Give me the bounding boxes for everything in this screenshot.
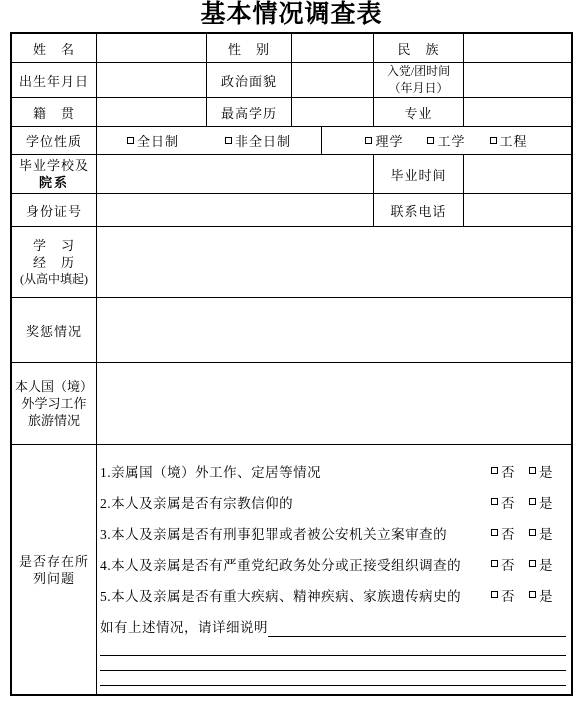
question-3-no-checkbox[interactable]: 否 [491, 523, 515, 543]
party-join-time-label-line1: 入党/团时间 [387, 63, 450, 80]
fulltime-checkbox[interactable]: 全日制 [127, 131, 179, 150]
native-place-input-cell[interactable] [97, 98, 207, 126]
question-4-text: 4.本人及亲属是否有严重党纪政务处分或正接受组织调查的 [100, 554, 491, 574]
question-5-yes-checkbox[interactable]: 是 [529, 585, 553, 605]
study-history-label-line1: 学 习 [33, 237, 75, 254]
graduation-time-label: 毕业时间 [374, 155, 464, 193]
political-status-input-cell[interactable] [292, 63, 374, 97]
question-1-yes-checkbox[interactable]: 是 [529, 461, 553, 481]
question-2-answers: 否 是 [491, 492, 553, 512]
question-3-text: 3.本人及亲属是否有刑事犯罪或者被公安机关立案审查的 [100, 523, 491, 543]
no-label: 否 [501, 461, 515, 481]
major-label: 专业 [374, 98, 464, 126]
checkbox-square-icon[interactable] [529, 591, 536, 598]
detail-note-input-line[interactable] [268, 617, 566, 637]
question-5-no-checkbox[interactable]: 否 [491, 585, 515, 605]
id-number-input-cell[interactable] [97, 194, 374, 226]
row-basic-3: 籍 贯 最高学历 专业 [12, 98, 571, 127]
row-school: 毕业学校及 院系 毕业时间 [12, 155, 571, 194]
yes-label: 是 [539, 554, 553, 574]
parttime-checkbox[interactable]: 非全日制 [225, 131, 291, 150]
question-1-text: 1.亲属国（境）外工作、定居等情况 [100, 461, 491, 481]
detail-input-line-3[interactable] [100, 671, 566, 686]
question-row-5: 5.本人及亲属是否有重大疾病、精神疾病、家族遗传病史的 否 是 [100, 579, 571, 610]
party-join-time-label-line2: （年月日） [388, 80, 448, 97]
degree-mode-options-cell: 全日制 非全日制 [97, 127, 322, 154]
row-degree-type: 学位性质 全日制 非全日制 理学 工学 [12, 127, 571, 155]
row-id-phone: 身份证号 联系电话 [12, 194, 571, 227]
name-input-cell[interactable] [97, 34, 207, 62]
school-faculty-label: 毕业学校及 院系 [12, 155, 97, 193]
degree-type-label: 学位性质 [12, 127, 97, 154]
checkbox-square-icon[interactable] [491, 560, 498, 567]
question-1-no-checkbox[interactable]: 否 [491, 461, 515, 481]
abroad-label-line2: 外学习工作 [21, 395, 86, 412]
yes-label: 是 [539, 492, 553, 512]
question-5-text: 5.本人及亲属是否有重大疾病、精神疾病、家族遗传病史的 [100, 585, 491, 605]
gender-label: 性 别 [207, 34, 292, 62]
checkbox-square-icon[interactable] [225, 137, 232, 144]
engineering2-checkbox[interactable]: 工程 [490, 131, 528, 150]
ethnicity-input-cell[interactable] [464, 34, 571, 62]
issues-label-line1: 是否存在所 [19, 553, 89, 570]
native-place-label: 籍 贯 [12, 98, 97, 126]
education-label: 最高学历 [207, 98, 292, 126]
question-3-answers: 否 是 [491, 523, 553, 543]
no-label: 否 [501, 492, 515, 512]
checkbox-square-icon[interactable] [427, 137, 434, 144]
question-5-answers: 否 是 [491, 585, 553, 605]
row-basic-1: 姓 名 性 别 民 族 [12, 34, 571, 63]
science-checkbox-label: 理学 [375, 131, 403, 150]
checkbox-square-icon[interactable] [127, 137, 134, 144]
party-join-time-input-cell[interactable] [464, 63, 571, 97]
checkbox-square-icon[interactable] [491, 498, 498, 505]
science-checkbox[interactable]: 理学 [365, 131, 403, 150]
question-4-no-checkbox[interactable]: 否 [491, 554, 515, 574]
birth-date-label: 出生年月日 [12, 63, 97, 97]
detail-input-line-1[interactable] [100, 641, 566, 656]
checkbox-square-icon[interactable] [529, 560, 536, 567]
study-history-input-cell[interactable] [97, 227, 571, 297]
checkbox-square-icon[interactable] [491, 467, 498, 474]
school-faculty-label-line1: 毕业学校及 [19, 157, 89, 174]
yes-label: 是 [539, 523, 553, 543]
checkbox-square-icon[interactable] [365, 137, 372, 144]
survey-form-page: 基本情况调查表 姓 名 性 别 民 族 出生年月日 政治面貌 入党/团时间 （年… [0, 0, 583, 703]
checkbox-square-icon[interactable] [529, 498, 536, 505]
id-number-label: 身份证号 [12, 194, 97, 226]
question-row-3: 3.本人及亲属是否有刑事犯罪或者被公安机关立案审查的 否 是 [100, 517, 571, 548]
checkbox-square-icon[interactable] [490, 137, 497, 144]
parttime-checkbox-label: 非全日制 [235, 131, 291, 150]
question-4-answers: 否 是 [491, 554, 553, 574]
issues-label-line2: 列问题 [33, 570, 75, 587]
abroad-label-line1: 本人国（境） [15, 378, 93, 395]
yes-label: 是 [539, 585, 553, 605]
ethnicity-label: 民 族 [374, 34, 464, 62]
study-history-label: 学 习 经 历 (从高中填起) [12, 227, 97, 297]
study-history-label-line3: (从高中填起) [20, 271, 88, 288]
fulltime-checkbox-label: 全日制 [137, 131, 179, 150]
yes-label: 是 [539, 461, 553, 481]
question-2-yes-checkbox[interactable]: 是 [529, 492, 553, 512]
abroad-input-cell[interactable] [97, 363, 571, 444]
question-2-no-checkbox[interactable]: 否 [491, 492, 515, 512]
issues-questions-cell: 1.亲属国（境）外工作、定居等情况 否 是 2.本人及亲属是否有宗教信仰的 否 … [97, 445, 571, 694]
page-title: 基本情况调查表 [0, 0, 583, 30]
education-input-cell[interactable] [292, 98, 374, 126]
question-2-text: 2.本人及亲属是否有宗教信仰的 [100, 492, 491, 512]
question-3-yes-checkbox[interactable]: 是 [529, 523, 553, 543]
party-join-time-label: 入党/团时间 （年月日） [374, 63, 464, 97]
detail-note-label: 如有上述情况，请详细说明 [100, 616, 268, 637]
checkbox-square-icon[interactable] [529, 529, 536, 536]
engineering2-checkbox-label: 工程 [500, 131, 528, 150]
checkbox-square-icon[interactable] [491, 591, 498, 598]
checkbox-square-icon[interactable] [529, 467, 536, 474]
phone-label: 联系电话 [374, 194, 464, 226]
name-label: 姓 名 [12, 34, 97, 62]
question-row-4: 4.本人及亲属是否有严重党纪政务处分或正接受组织调查的 否 是 [100, 548, 571, 579]
awards-label: 奖惩情况 [12, 298, 97, 362]
row-basic-2: 出生年月日 政治面貌 入党/团时间 （年月日） [12, 63, 571, 98]
question-row-2: 2.本人及亲属是否有宗教信仰的 否 是 [100, 486, 571, 517]
awards-input-cell[interactable] [97, 298, 571, 362]
row-awards: 奖惩情况 [12, 298, 571, 363]
school-faculty-input-cell[interactable] [97, 155, 374, 193]
question-1-answers: 否 是 [491, 461, 553, 481]
no-label: 否 [501, 585, 515, 605]
detail-input-line-2[interactable] [100, 656, 566, 671]
political-status-label: 政治面貌 [207, 63, 292, 97]
graduation-time-input-cell[interactable] [464, 155, 571, 193]
engineering-checkbox[interactable]: 工学 [427, 131, 465, 150]
checkbox-square-icon[interactable] [491, 529, 498, 536]
phone-input-cell[interactable] [464, 194, 571, 226]
detail-note-row: 如有上述情况，请详细说明 [100, 610, 571, 637]
engineering-checkbox-label: 工学 [437, 131, 465, 150]
no-label: 否 [501, 554, 515, 574]
abroad-label: 本人国（境） 外学习工作 旅游情况 [12, 363, 97, 444]
row-issues: 是否存在所 列问题 1.亲属国（境）外工作、定居等情况 否 是 2.本人及亲属是… [12, 445, 571, 694]
form-table: 姓 名 性 别 民 族 出生年月日 政治面貌 入党/团时间 （年月日） 籍 贯 … [10, 32, 573, 696]
degree-field-options-cell: 理学 工学 工程 [322, 127, 571, 154]
major-input-cell[interactable] [464, 98, 571, 126]
abroad-label-line3: 旅游情况 [28, 412, 80, 429]
school-faculty-label-line2: 院系 [39, 174, 69, 191]
row-study-history: 学 习 经 历 (从高中填起) [12, 227, 571, 298]
no-label: 否 [501, 523, 515, 543]
issues-label: 是否存在所 列问题 [12, 445, 97, 694]
gender-input-cell[interactable] [292, 34, 374, 62]
question-4-yes-checkbox[interactable]: 是 [529, 554, 553, 574]
row-abroad: 本人国（境） 外学习工作 旅游情况 [12, 363, 571, 445]
study-history-label-line2: 经 历 [33, 254, 75, 271]
birth-date-input-cell[interactable] [97, 63, 207, 97]
question-row-1: 1.亲属国（境）外工作、定居等情况 否 是 [100, 455, 571, 486]
